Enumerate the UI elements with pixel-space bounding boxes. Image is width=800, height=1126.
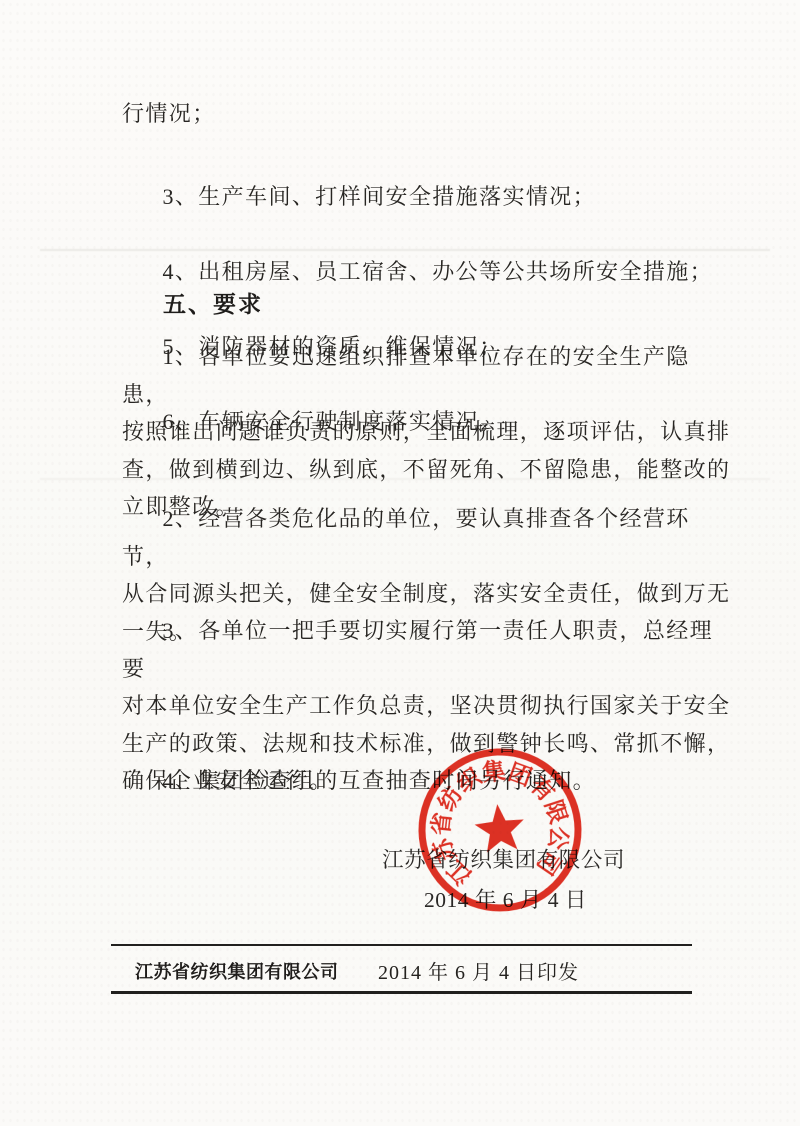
footer-issuer: 江苏省纺织集团有限公司 — [135, 958, 339, 984]
svg-text:公: 公 — [544, 825, 572, 851]
svg-text:集: 集 — [481, 757, 507, 785]
official-seal: 江苏省纺织集团有限公司 — [399, 729, 601, 931]
svg-text:省: 省 — [428, 811, 455, 836]
section-heading: 五、要求 — [163, 289, 263, 319]
continuation-line: 行情况； — [122, 95, 734, 133]
requirement-paragraph-1: 1、各单位要迅速组织排查本单位存在的安全生产隐患， 按照谁出问题谁负责的原则，全… — [122, 338, 734, 526]
scanned-document-page: 行情况； 3、生产车间、打样间安全措施落实情况； 4、出租房屋、员工宿舍、办公等… — [0, 0, 800, 1126]
list-item: 4、出租房屋、员工宿舍、办公等公共场所安全措施； — [122, 253, 734, 291]
footer-bottom-rule — [111, 991, 692, 994]
footer-top-rule — [111, 944, 692, 946]
seal-star-icon — [473, 802, 527, 854]
footer-print-date: 2014 年 6 月 4 日印发 — [378, 956, 579, 985]
list-item: 3、生产车间、打样间安全措施落实情况； — [122, 178, 734, 216]
